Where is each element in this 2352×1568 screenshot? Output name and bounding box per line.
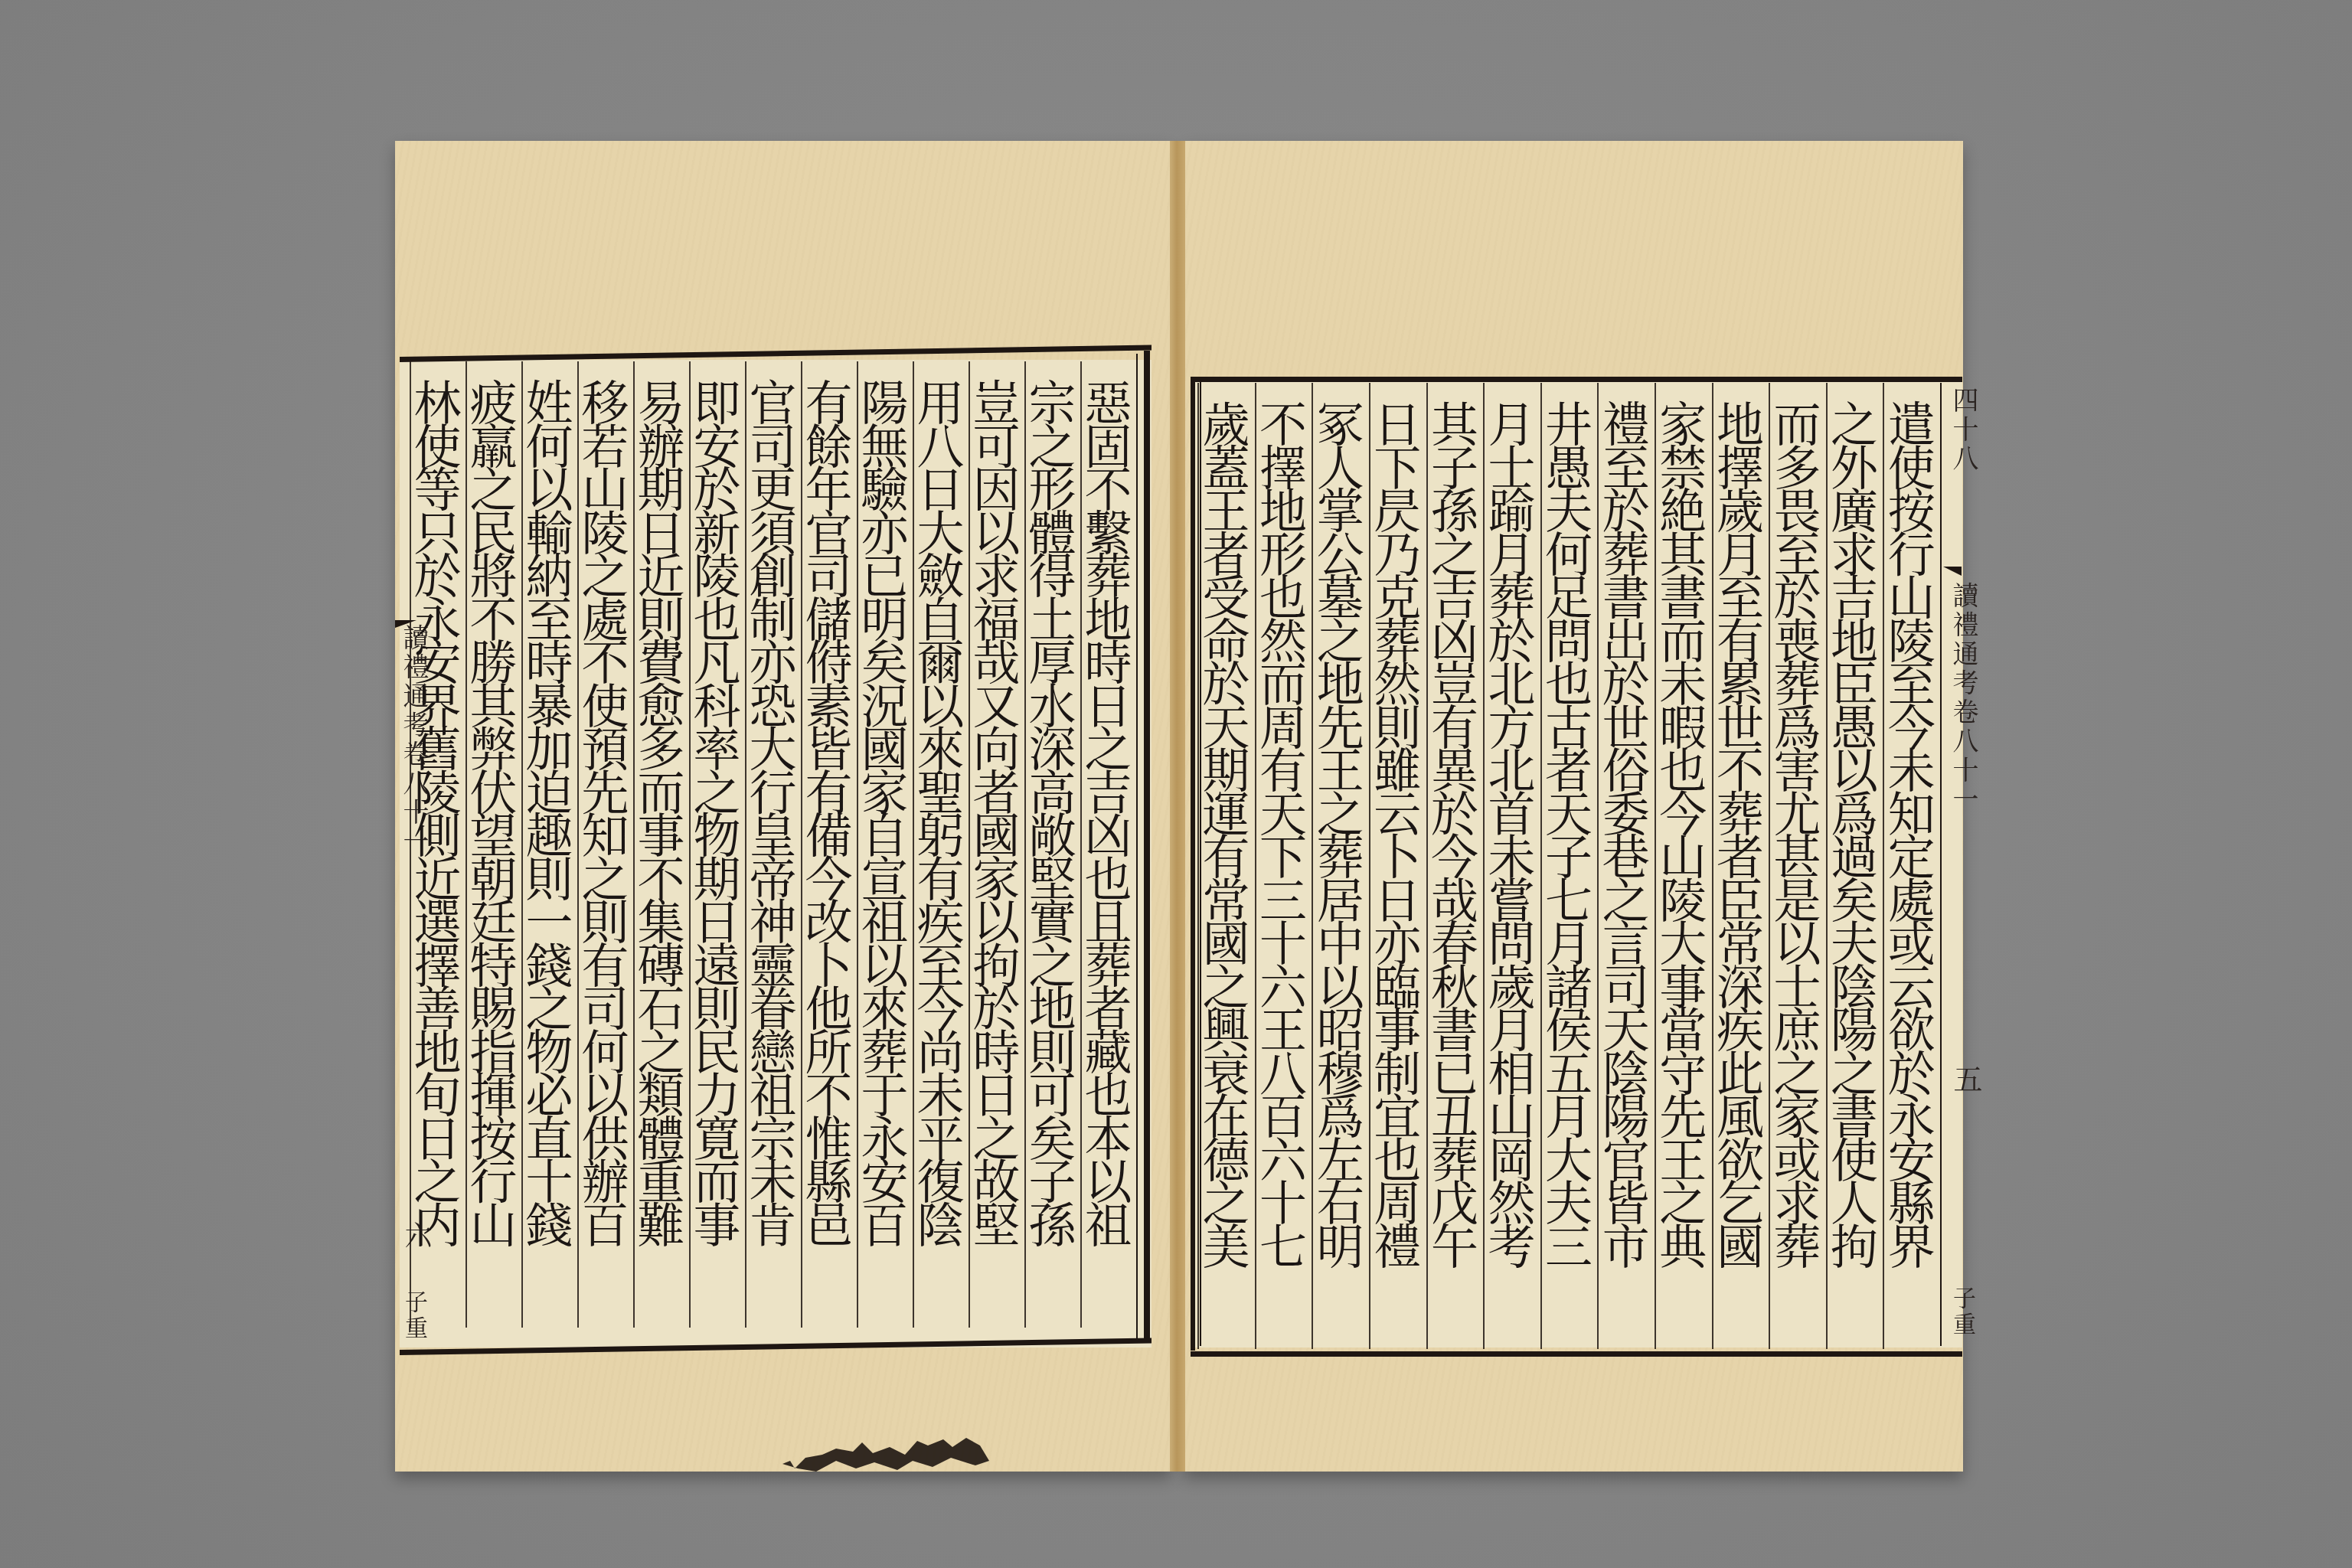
- ink-stain: [782, 1438, 1047, 1472]
- right-page-column-rule: [1197, 383, 1199, 1349]
- right-banxin-title: 讀禮通考卷八十一: [1945, 582, 1982, 815]
- right-leaf-number: 五: [1945, 1064, 1987, 1096]
- right-banxin-top-note: 四十八: [1945, 387, 1982, 474]
- left-bottom-note: 子重: [397, 1290, 430, 1342]
- right-page-column: 歲蓋王者受命於天期運有常國之興衰在德之美: [1188, 404, 1265, 1269]
- left-page-column-rule: [410, 361, 411, 1328]
- right-bottom-note: 子重: [1945, 1286, 1978, 1338]
- book-gutter: [1170, 141, 1185, 1472]
